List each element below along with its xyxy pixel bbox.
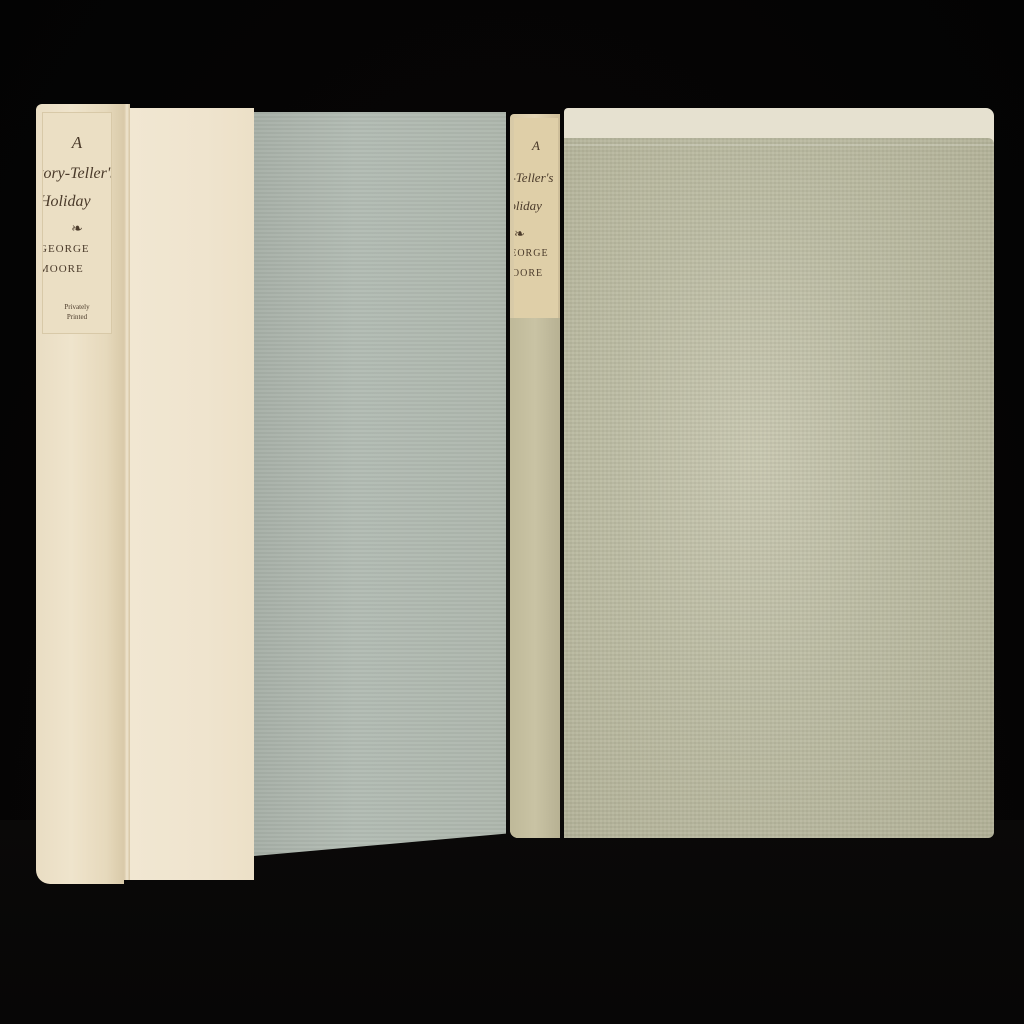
book-left-quarter-binding bbox=[130, 108, 254, 880]
spine-imprint: Privately bbox=[43, 303, 111, 311]
book-right-spine-label: A Story-Teller's Holiday ❧ GEORGE MOORE bbox=[514, 118, 558, 318]
book-left-spine-label: A Story-Teller's Holiday ❧ GEORGE MOORE … bbox=[42, 112, 112, 334]
book-right: A Story-Teller's Holiday ❧ GEORGE MOORE bbox=[510, 108, 994, 838]
spine-title-article: A bbox=[43, 133, 111, 153]
ornament-icon: ❧ bbox=[514, 226, 558, 242]
spine-title-line: Story-Teller's bbox=[43, 165, 111, 183]
spine-author-last: MOORE bbox=[514, 268, 558, 279]
spine-title-line: Holiday bbox=[43, 193, 111, 211]
spine-author-first: GEORGE bbox=[43, 243, 111, 255]
book-right-cloth-cover bbox=[564, 138, 994, 838]
ornament-icon: ❧ bbox=[43, 221, 111, 238]
spine-title-line: Story-Teller's bbox=[514, 170, 558, 186]
cover-texture bbox=[564, 144, 994, 846]
spine-author-last: MOORE bbox=[43, 263, 111, 275]
book-right-spine-lower bbox=[510, 318, 560, 838]
spine-title-line: Holiday bbox=[514, 198, 558, 214]
spine-author-first: GEORGE bbox=[514, 248, 558, 259]
book-left-spine: A Story-Teller's Holiday ❧ GEORGE MOORE … bbox=[36, 104, 124, 884]
spine-title-article: A bbox=[514, 138, 558, 154]
book-left-cloth-board bbox=[254, 112, 506, 856]
spine-imprint: Printed bbox=[43, 313, 111, 321]
book-left: A Story-Teller's Holiday ❧ GEORGE MOORE … bbox=[36, 104, 506, 884]
